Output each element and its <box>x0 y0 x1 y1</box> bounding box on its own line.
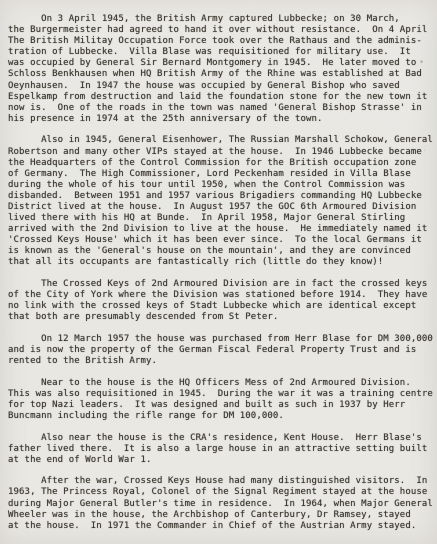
paragraph-6: Also near the house is the CRA's residen… <box>8 433 433 466</box>
paragraph-2: Also in 1945, General Eisenhower, The Ru… <box>8 135 433 268</box>
paragraph-4: On 12 March 1957 the house was purchased… <box>8 334 433 367</box>
document-body: On 3 April 1945, the British Army captur… <box>8 14 433 532</box>
paragraph-3: The Crossed Keys of 2nd Armoured Divisio… <box>8 279 433 323</box>
paragraph-5: Near to the house is the HQ Officers Mes… <box>8 378 433 422</box>
scan-speck: · <box>1 330 4 338</box>
paragraph-1: On 3 April 1945, the British Army captur… <box>8 14 433 125</box>
paragraph-7: After the war, Crossed Keys House had ma… <box>8 476 433 531</box>
scanned-page: On 3 April 1945, the British Army captur… <box>0 0 437 544</box>
